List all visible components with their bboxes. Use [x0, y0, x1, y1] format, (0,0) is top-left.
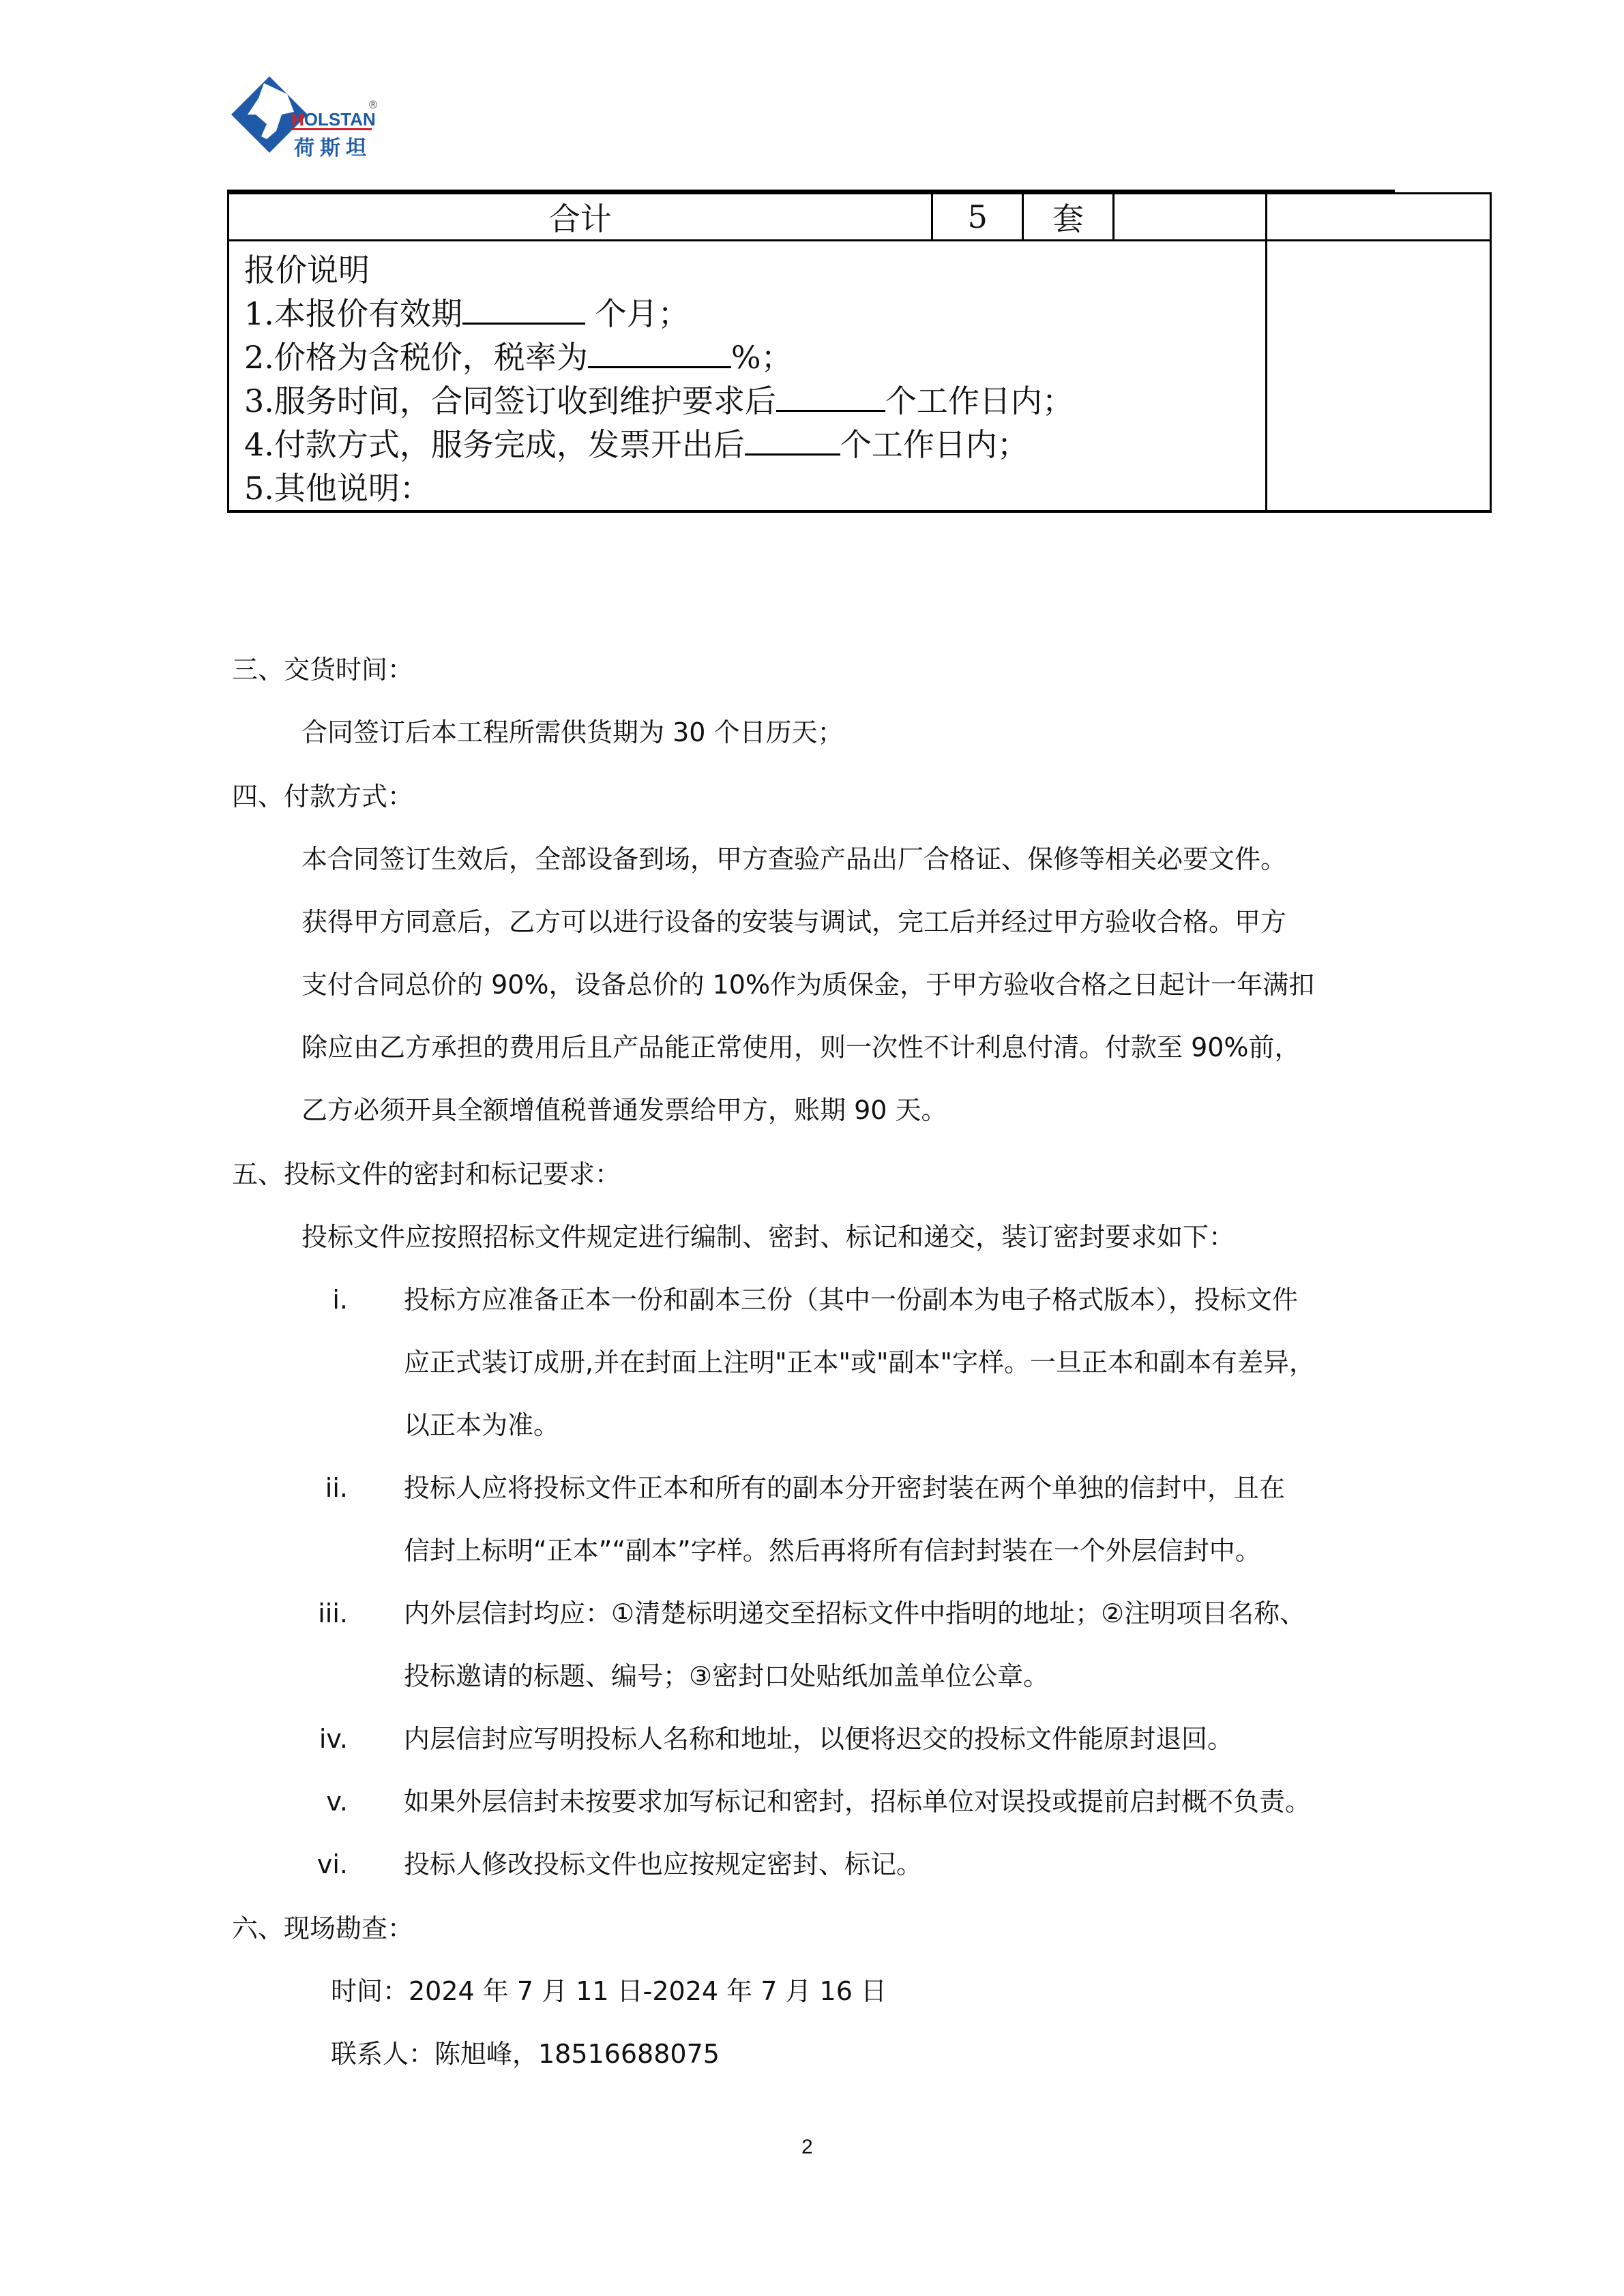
brand-underline [291, 128, 372, 130]
brand-name-en: HOLSTAN [291, 109, 376, 130]
section-delivery-heading: 三、交货时间： [232, 655, 413, 685]
sealing-item-text: 内层信封应写明投标人名称和地址，以便将迟交的投标文件能原封退回。 [404, 1724, 1233, 1754]
list-item-number: vi. [293, 1849, 348, 1879]
notes-row: 报价说明 1.本报价有效期 个月； 2.价格为含税价，税率为%； 3.服务时间，… [228, 241, 1491, 512]
section-sealing-heading: 五、投标文件的密封和标记要求： [232, 1159, 621, 1189]
list-item-number: ii. [293, 1473, 348, 1503]
total-remark [1266, 194, 1490, 241]
payment-line: 乙方必须开具全额增值税普通发票给甲方，账期 90 天。 [301, 1095, 947, 1125]
sealing-item-text: 如果外层信封未按要求加写标记和密封，招标单位对误投或提前启封概不负责。 [404, 1787, 1311, 1817]
sealing-item-text: 以正本为准。 [404, 1410, 559, 1440]
payment-line: 支付合同总价的 90%，设备总价的 10%作为质保金，于甲方验收合格之日起计一年… [301, 970, 1314, 1000]
service-days-blank [776, 380, 885, 412]
notes-side-cell [1266, 241, 1490, 512]
total-unit: 套 [1023, 194, 1114, 241]
total-row: 合计 5 套 [228, 194, 1491, 241]
list-item-number: i. [293, 1285, 348, 1315]
notes-line-tax: 2.价格为含税价，税率为%； [244, 336, 1265, 379]
sealing-item-text: 投标方应准备正本一份和副本三份（其中一份副本为电子格式版本），投标文件 [404, 1285, 1298, 1315]
total-amount [1113, 194, 1266, 241]
section-payment-heading: 四、付款方式： [232, 781, 413, 811]
tax-rate-blank [588, 336, 731, 368]
section-site-visit-heading: 六、现场勘查： [232, 1913, 413, 1943]
company-logo: ® HOLSTAN 荷斯坦 [228, 74, 379, 162]
total-label: 合计 [228, 194, 932, 241]
total-quantity: 5 [932, 194, 1023, 241]
notes-line-payment: 4.付款方式，服务完成，发票开出后个工作日内； [244, 423, 1265, 466]
notes-line-service-time: 3.服务时间，合同签订收到维护要求后个工作日内； [244, 379, 1265, 423]
page-number: 2 [801, 2136, 813, 2159]
validity-blank [462, 293, 585, 325]
payment-line: 本合同签订生效后，全部设备到场，甲方查验产品出厂合格证、保修等相关必要文件。 [301, 844, 1286, 874]
section-delivery-body: 合同签订后本工程所需供货期为 30 个日历天； [301, 717, 844, 747]
payment-days-blank [745, 423, 840, 456]
quote-table: 合计 5 套 报价说明 1.本报价有效期 个月； 2.价格为含税价，税率为%； … [227, 192, 1492, 513]
sealing-item-text: 投标人应将投标文件正本和所有的副本分开密封装在两个单独的信封中，且在 [404, 1473, 1285, 1503]
brand-name-cn: 荷斯坦 [294, 131, 372, 161]
sealing-item-text: 信封上标明“正本”“副本”字样。然后再将所有信封封装在一个外层信封中。 [404, 1536, 1261, 1566]
site-visit-contact: 联系人：陈旭峰，18516688075 [331, 2039, 720, 2069]
notes-line-other: 5.其他说明： [244, 466, 1265, 510]
payment-line: 除应由乙方承担的费用后且产品能正常使用，则一次性不计利息付清。付款至 90%前， [301, 1032, 1301, 1062]
sealing-intro: 投标文件应按照招标文件规定进行编制、密封、标记和递交，装订密封要求如下： [301, 1222, 1235, 1252]
notes-title: 报价说明 [244, 248, 1265, 292]
site-visit-time: 时间：2024 年 7 月 11 日-2024 年 7 月 16 日 [331, 1976, 887, 2006]
quote-notes: 报价说明 1.本报价有效期 个月； 2.价格为含税价，税率为%； 3.服务时间，… [228, 241, 1267, 512]
sealing-item-text: 内外层信封均应：①清楚标明递交至招标文件中指明的地址；②注明项目名称、 [404, 1598, 1305, 1628]
sealing-item-text: 投标邀请的标题、编号；③密封口处贴纸加盖单位公章。 [404, 1661, 1049, 1691]
notes-line-validity: 1.本报价有效期 个月； [244, 292, 1265, 336]
sealing-item-text: 应正式装订成册,并在封面上注明"正本"或"副本"字样。一旦正本和副本有差异， [404, 1347, 1315, 1377]
list-item-number: iv. [293, 1724, 348, 1754]
list-item-number: iii. [293, 1598, 348, 1628]
payment-line: 获得甲方同意后，乙方可以进行设备的安装与调试，完工后并经过甲方验收合格。甲方 [301, 907, 1286, 937]
list-item-number: v. [293, 1787, 348, 1817]
sealing-item-text: 投标人修改投标文件也应按规定密封、标记。 [404, 1849, 922, 1879]
